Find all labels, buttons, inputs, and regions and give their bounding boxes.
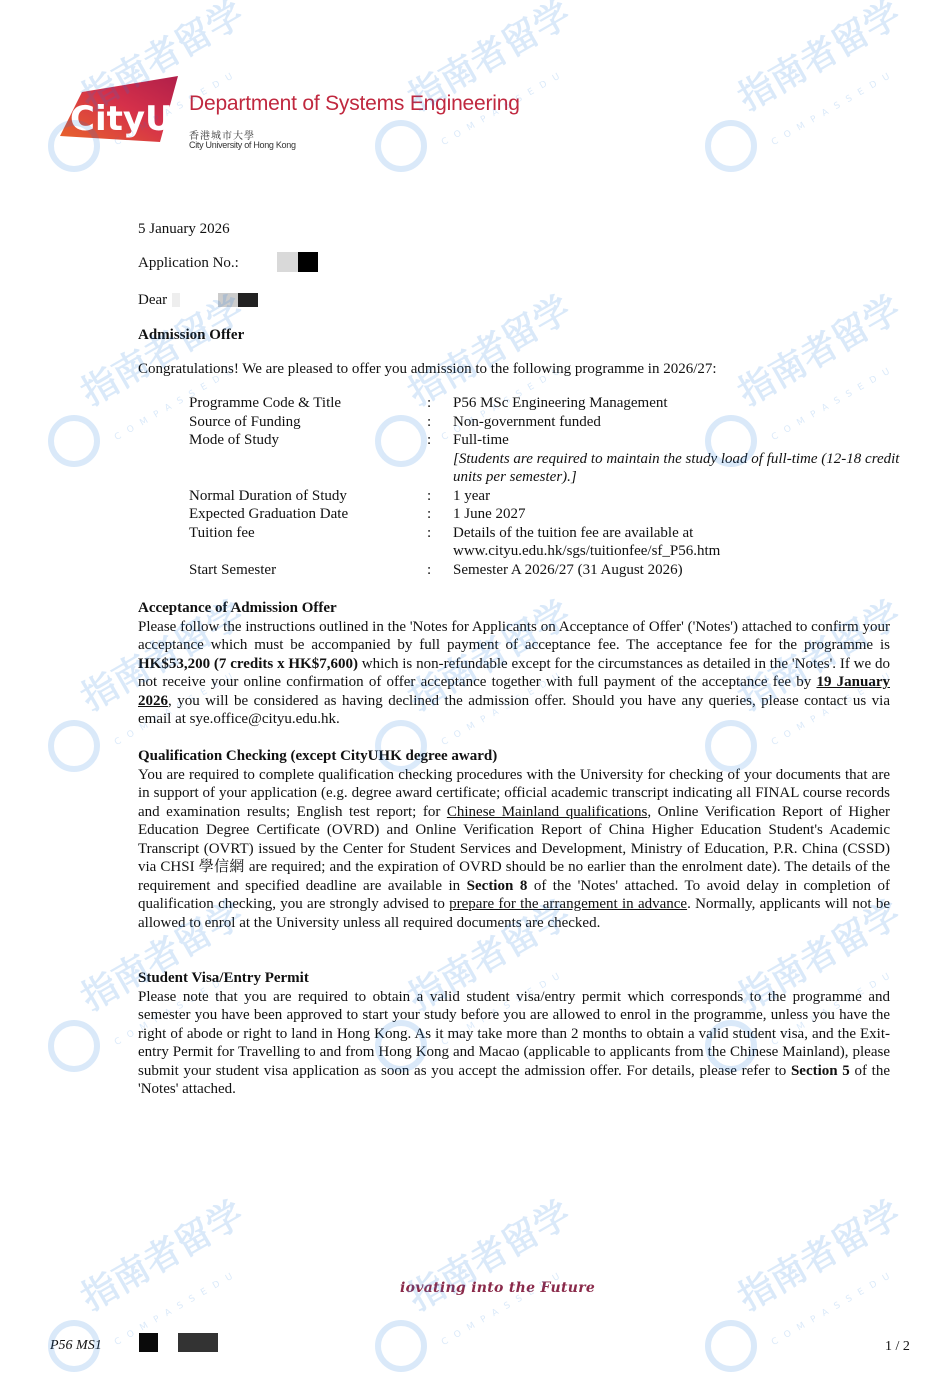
detail-row: Programme Code & Title : P56 MSc Enginee… <box>189 394 904 413</box>
detail-value: Details of the tuition fee are available… <box>453 525 693 541</box>
letter-title: Admission Offer <box>138 326 244 345</box>
detail-row: Mode of Study : Full-time [Students are … <box>189 431 904 487</box>
section-heading: Acceptance of Admission Offer <box>138 599 890 618</box>
salutation: Dear <box>138 291 167 310</box>
detail-label: Mode of Study <box>189 431 427 487</box>
detail-value: 1 year <box>453 487 904 506</box>
watermark-subtext: COMPASSEDU <box>770 68 899 148</box>
qualification-paragraph: You are required to complete qualificati… <box>138 766 890 933</box>
cityu-logo: CityU <box>52 74 184 154</box>
watermark-subtext: COMPASSEDU <box>770 1268 899 1348</box>
watermark: 指南者留学COMPASSEDU <box>375 1260 575 1378</box>
section-heading: Qualification Checking (except CityUHK d… <box>138 747 890 766</box>
watermark-logo-icon <box>48 720 100 772</box>
watermark-logo-icon <box>375 1320 427 1372</box>
page-number: 1 / 2 <box>885 1339 910 1355</box>
detail-label: Source of Funding <box>189 413 427 432</box>
detail-label: Expected Graduation Date <box>189 505 427 524</box>
detail-row: Tuition fee : Details of the tuition fee… <box>189 524 904 561</box>
detail-colon: : <box>427 487 453 506</box>
department-title: Department of Systems Engineering <box>189 92 520 116</box>
watermark-logo-icon <box>48 1020 100 1072</box>
watermark-logo-icon <box>705 120 757 172</box>
tuition-fee-url: www.cityu.edu.hk/sgs/tuitionfee/sf_P56.h… <box>453 543 720 559</box>
watermark-text: 指南者留学 <box>71 1187 252 1321</box>
redacted-block <box>218 293 238 307</box>
watermark: 指南者留学COMPASSEDU <box>375 60 575 180</box>
redacted-block <box>277 252 298 272</box>
detail-row: Source of Funding : Non-government funde… <box>189 413 904 432</box>
detail-label: Normal Duration of Study <box>189 487 427 506</box>
detail-row: Expected Graduation Date : 1 June 2027 <box>189 505 904 524</box>
salutation-word: Dear <box>138 292 167 308</box>
detail-colon: : <box>427 561 453 580</box>
redacted-block <box>298 252 318 272</box>
section-heading: Student Visa/Entry Permit <box>138 969 890 988</box>
detail-label: Tuition fee <box>189 524 427 561</box>
detail-colon: : <box>427 413 453 432</box>
detail-label: Start Semester <box>189 561 427 580</box>
university-name-english: City University of Hong Kong <box>189 140 296 150</box>
acceptance-fee: HK$53,200 (7 credits x HK$7,600) <box>138 656 358 672</box>
watermark-text: 指南者留学 <box>398 1187 579 1321</box>
watermark-logo-icon <box>705 1320 757 1372</box>
detail-value: Full-time <box>453 432 509 448</box>
watermark: 指南者留学COMPASSEDU <box>705 1260 905 1378</box>
redacted-block <box>172 293 180 307</box>
detail-colon: : <box>427 431 453 487</box>
redacted-block <box>139 1333 158 1352</box>
logo-text: CityU <box>70 99 173 139</box>
footer-tagline: iovating into the Future <box>400 1280 595 1296</box>
prepare-arrangement-link[interactable]: prepare for the arrangement in advance <box>449 896 687 912</box>
detail-colon: : <box>427 505 453 524</box>
intro-text: Congratulations! We are pleased to offer… <box>138 360 717 379</box>
letter-date: 5 January 2026 <box>138 220 230 239</box>
watermark-text: 指南者留学 <box>728 1187 909 1321</box>
detail-colon: : <box>427 394 453 413</box>
document-code: P56 MS1 <box>50 1338 102 1354</box>
watermark-logo-icon <box>375 120 427 172</box>
detail-colon: : <box>427 524 453 561</box>
application-label: Application No.: <box>138 255 239 271</box>
acceptance-section: Acceptance of Admission Offer Please fol… <box>138 599 890 729</box>
detail-value: P56 MSc Engineering Management <box>453 394 904 413</box>
detail-label: Programme Code & Title <box>189 394 427 413</box>
programme-details: Programme Code & Title : P56 MSc Enginee… <box>189 394 904 579</box>
redacted-block <box>238 293 258 307</box>
watermark: 指南者留学COMPASSEDU <box>705 60 905 180</box>
redacted-block <box>178 1333 218 1352</box>
visa-paragraph: Please note that you are required to obt… <box>138 988 890 1099</box>
detail-value: Semester A 2026/27 (31 August 2026) <box>453 561 904 580</box>
watermark-logo-icon <box>48 415 100 467</box>
qualification-section: Qualification Checking (except CityUHK d… <box>138 747 890 932</box>
visa-section: Student Visa/Entry Permit Please note th… <box>138 969 890 1099</box>
watermark-text: 指南者留学 <box>728 0 909 121</box>
detail-row: Start Semester : Semester A 2026/27 (31 … <box>189 561 904 580</box>
detail-value: 1 June 2027 <box>453 505 904 524</box>
chinese-mainland-qualifications-link[interactable]: Chinese Mainland qualifications <box>447 804 647 820</box>
acceptance-paragraph: Please follow the instructions outlined … <box>138 618 890 729</box>
detail-row: Normal Duration of Study : 1 year <box>189 487 904 506</box>
study-load-note: [Students are required to maintain the s… <box>453 450 904 487</box>
watermark: 指南者留学COMPASSEDU <box>48 1260 248 1378</box>
application-number: Application No.: <box>138 254 239 273</box>
detail-value: Non-government funded <box>453 413 904 432</box>
